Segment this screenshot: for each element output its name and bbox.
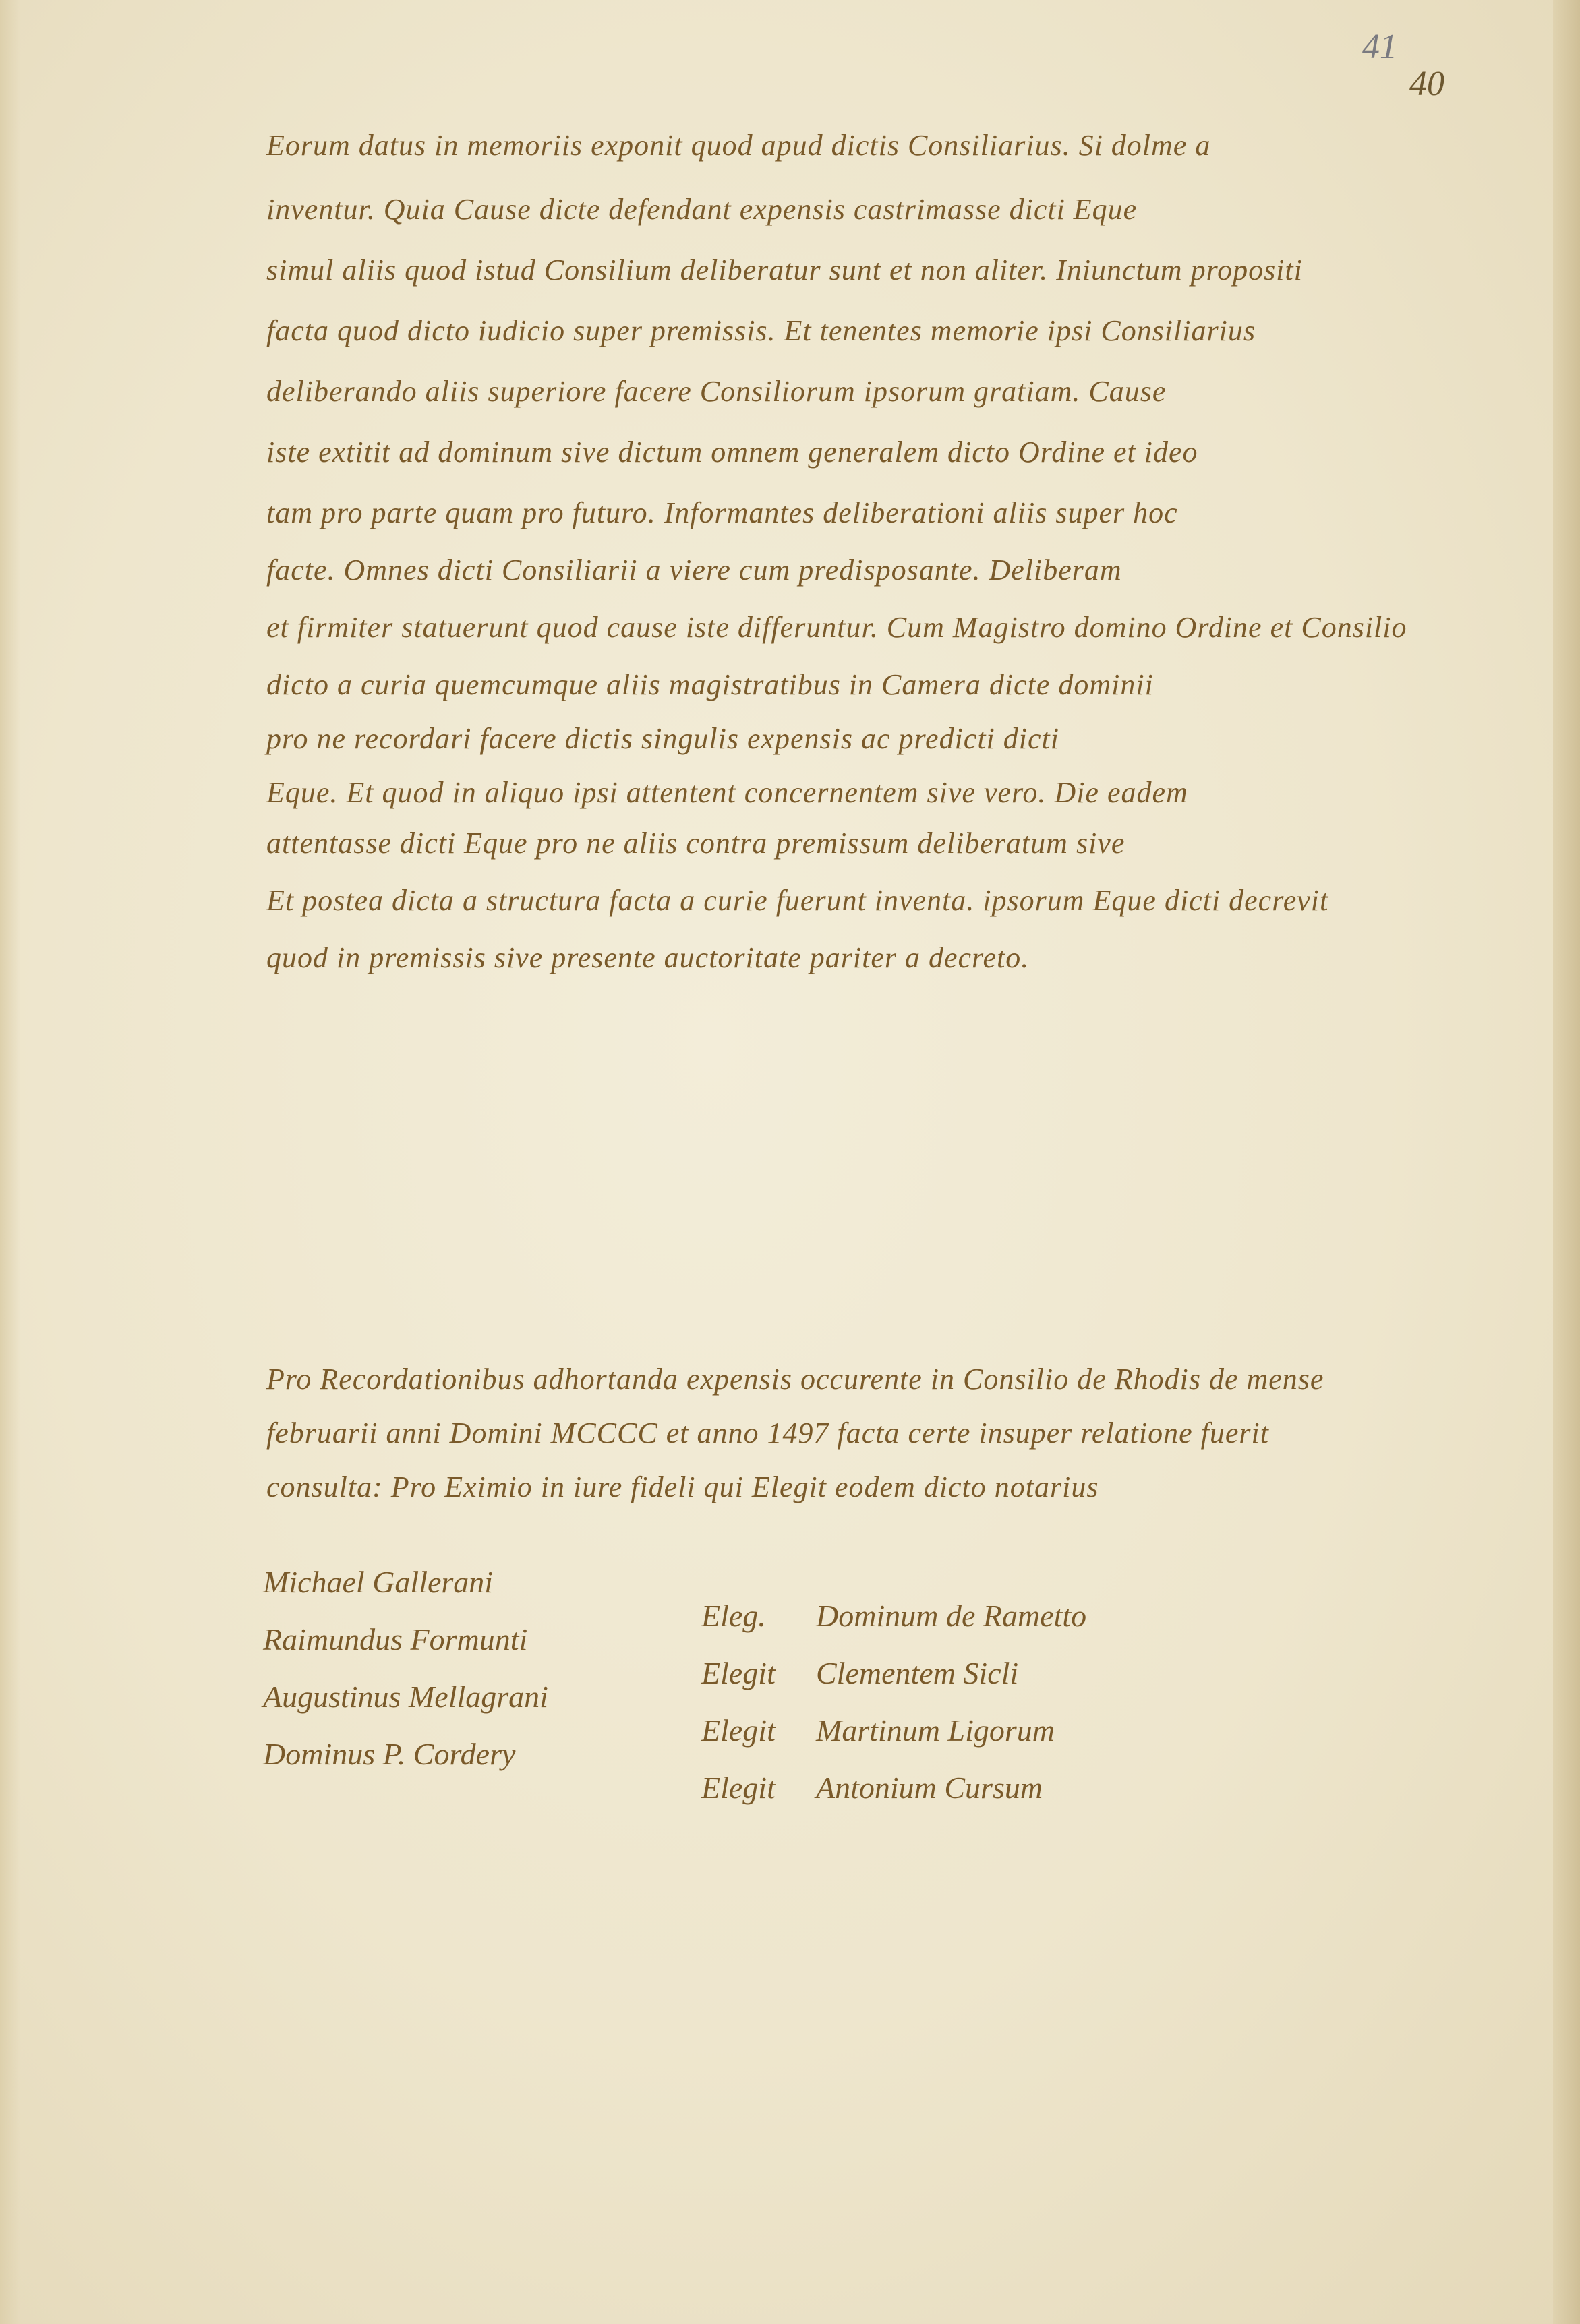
right-name: Martinum Ligorum <box>816 1712 1055 1748</box>
right-name: Antonium Cursum <box>816 1770 1043 1806</box>
text-line: pro ne recordari facere dictis singulis … <box>266 721 1507 756</box>
folio-number-ink: 40 <box>1409 64 1444 104</box>
right-prefix: Eleg. <box>701 1598 766 1634</box>
right-name: Clementem Sicli <box>816 1655 1018 1691</box>
list-heading-line: Pro Recordationibus adhortanda expensis … <box>266 1362 1507 1396</box>
left-name: Dominus P. Cordery <box>263 1736 515 1772</box>
folio-number-pencil: 41 <box>1362 27 1397 67</box>
text-line: iste extitit ad dominum sive dictum omne… <box>266 435 1507 469</box>
text-line: attentasse dicti Eque pro ne aliis contr… <box>266 826 1507 860</box>
text-line: Et postea dicta a structura facta a curi… <box>266 883 1507 918</box>
left-name: Raimundus Formunti <box>263 1621 527 1657</box>
text-line: dicto a curia quemcumque aliis magistrat… <box>266 667 1507 702</box>
text-line: Eque. Et quod in aliquo ipsi attentent c… <box>266 775 1507 810</box>
left-name: Michael Gallerani <box>263 1564 493 1600</box>
page-right-edge <box>1553 0 1580 2324</box>
text-line: inventur. Quia Cause dicte defendant exp… <box>266 192 1507 227</box>
right-prefix: Elegit <box>701 1712 776 1748</box>
right-prefix: Elegit <box>701 1770 776 1806</box>
manuscript-page: 41 40 Eorum datus in memoriis exponit qu… <box>0 0 1580 2324</box>
text-line: quod in premissis sive presente auctorit… <box>266 941 1507 975</box>
right-prefix: Elegit <box>701 1655 776 1691</box>
list-heading-line: februarii anni Domini MCCCC et anno 1497… <box>266 1416 1507 1450</box>
page-left-edge <box>0 0 20 2324</box>
text-line: et firmiter statuerunt quod cause iste d… <box>266 610 1507 645</box>
right-name: Dominum de Rametto <box>816 1598 1086 1634</box>
text-line: facta quod dicto iudicio super premissis… <box>266 314 1507 348</box>
left-name: Augustinus Mellagrani <box>263 1679 548 1715</box>
text-line: Eorum datus in memoriis exponit quod apu… <box>266 128 1507 162</box>
text-line: deliberando aliis superiore facere Consi… <box>266 374 1507 409</box>
text-line: facte. Omnes dicti Consiliarii a viere c… <box>266 553 1507 587</box>
list-heading-line: consulta: Pro Eximio in iure fideli qui … <box>266 1470 1507 1504</box>
text-line: simul aliis quod istud Consilium deliber… <box>266 253 1507 287</box>
text-line: tam pro parte quam pro futuro. Informant… <box>266 496 1507 530</box>
